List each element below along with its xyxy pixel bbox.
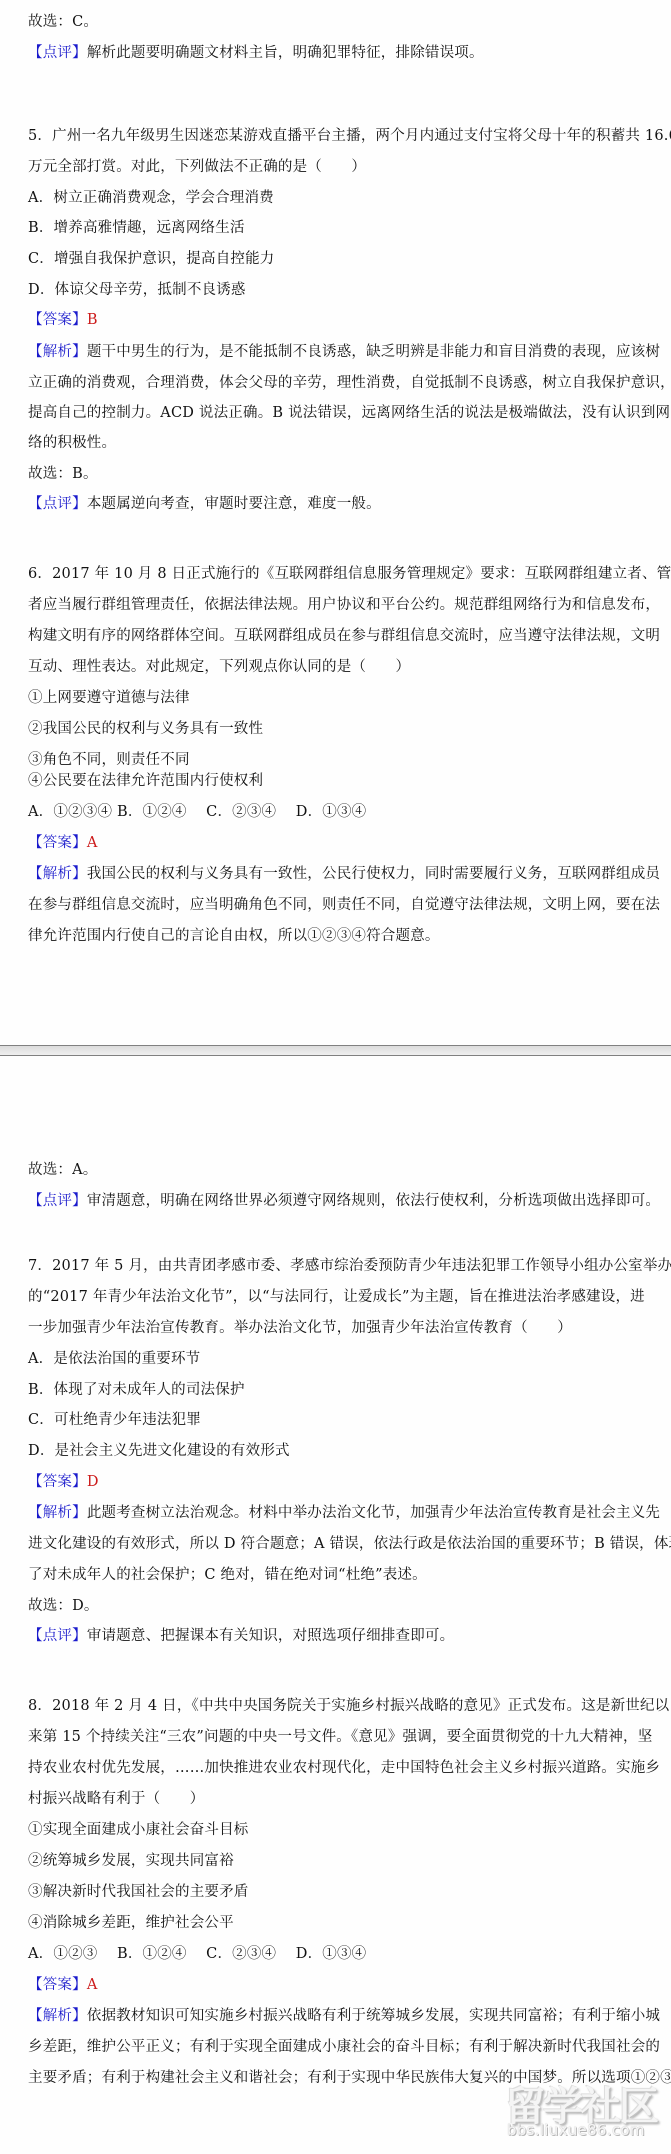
- option-c: C．增强自我保护意识，提高自控能力: [28, 249, 275, 269]
- statement-1: ①实现全面建成小康社会奋斗目标: [28, 1820, 249, 1840]
- question-8-stem-cont: 村振兴战略有利于（ ）: [28, 1789, 204, 1809]
- analysis-cont: 提高自己的控制力。ACD 说法正确。B 说法错误，远离网络生活的说法是极端做法，…: [28, 403, 670, 423]
- statement-2: ②统筹城乡发展，实现共同富裕: [28, 1851, 234, 1871]
- options-line: A．①②③ B．①②④ C．②③④ D．①③④: [28, 1944, 366, 1964]
- options-line: A．①②③④ B．①②④ C．②③④ D．①③④: [28, 802, 366, 822]
- question-7-stem-cont: 的“2017 年青少年法治文化节”，以“与法同行，让爱成长”为主题，旨在推进法治…: [28, 1287, 645, 1307]
- analysis-tag: 【解析】: [28, 344, 87, 360]
- comment-text: 本题属逆向考查，审题时要注意，难度一般。: [87, 496, 381, 512]
- answer-tag: 【答案】: [28, 1977, 87, 1993]
- analysis-tag: 【解析】: [28, 866, 87, 882]
- answer-tag: 【答案】: [28, 835, 87, 851]
- question-7-stem-cont: 一步加强青少年法治宣传教育。举办法治文化节，加强青少年法治宣传教育（ ）: [28, 1318, 572, 1338]
- answer-line: 【答案】D: [28, 1472, 99, 1492]
- question-8-stem: 8．2018 年 2 月 4 日，《中共中央国务院关于实施乡村振兴战略的意见》正…: [28, 1696, 669, 1716]
- statement-2: ②我国公民的权利与义务具有一致性: [28, 719, 263, 739]
- comment-tag: 【点评】: [28, 496, 87, 512]
- statement-3: ③解决新时代我国社会的主要矛盾: [28, 1882, 249, 1902]
- option-c: C．可杜绝青少年违法犯罪: [28, 1410, 201, 1430]
- analysis-line: 【解析】此题考查树立法治观念。材料中举办法治文化节，加强青少年法治宣传教育是社会…: [28, 1503, 660, 1523]
- statement-4: ④公民要在法律允许范围内行使权利: [28, 771, 263, 791]
- document-page-1: 故选：C。 【点评】解析此题要明确题文材料主旨，明确犯罪特征，排除错误项。 5．…: [0, 0, 671, 1045]
- answer-value: A: [87, 835, 98, 851]
- question-8-stem-cont: 来第 15 个持续关注“三农”问题的中央一号文件。《意见》强调，要全面贯彻党的十…: [28, 1727, 652, 1747]
- answer-value: B: [87, 312, 98, 328]
- answer-choice-line: 故选：A。: [28, 1160, 97, 1180]
- comment-text: 审请题意、把握课本有关知识，对照选项仔细排查即可。: [87, 1628, 455, 1644]
- option-a: A．是依法治国的重要环节: [28, 1349, 200, 1369]
- option-b: B．增养高雅情趣，远离网络生活: [28, 218, 245, 238]
- option-d: D．体谅父母辛劳，抵制不良诱惑: [28, 280, 246, 300]
- statement-1: ①上网要遵守道德与法律: [28, 688, 190, 708]
- comment-line: 【点评】审清题意，明确在网络世界必须遵守网络规则，依法行使权利，分析选项做出选择…: [28, 1191, 660, 1211]
- analysis-cont: 在参与群组信息交流时，应当明确角色不同，则责任不同，自觉遵守法律法规，文明上网，…: [28, 895, 660, 915]
- statement-4: ④消除城乡差距，维护社会公平: [28, 1913, 234, 1933]
- analysis-cont: 律允许范围内行使自己的言论自由权，所以①②③④符合题意。: [28, 926, 440, 946]
- comment-line: 【点评】解析此题要明确题文材料主旨，明确犯罪特征，排除错误项。: [28, 43, 484, 63]
- analysis-cont: 了对未成年人的社会保护；C 绝对，错在绝对词“杜绝”表述。: [28, 1565, 427, 1585]
- comment-text: 审清题意，明确在网络世界必须遵守网络规则，依法行使权利，分析选项做出选择即可。: [87, 1193, 660, 1209]
- analysis-line: 【解析】依据教材知识可知实施乡村振兴战略有利于统筹城乡发展，实现共同富裕；有利于…: [28, 2006, 660, 2026]
- comment-line: 【点评】本题属逆向考查，审题时要注意，难度一般。: [28, 494, 381, 514]
- answer-choice-line: 故选：B。: [28, 464, 98, 484]
- comment-line: 【点评】审请题意、把握课本有关知识，对照选项仔细排查即可。: [28, 1626, 454, 1646]
- answer-line: 【答案】B: [28, 310, 98, 330]
- question-8-stem-cont: 持农业农村优先发展，……加快推进农业农村现代化，走中国特色社会主义乡村振兴道路。…: [28, 1758, 660, 1778]
- answer-line: 【答案】A: [28, 1975, 97, 1995]
- analysis-line: 【解析】题干中男生的行为，是不能抵制不良诱惑，缺乏明辨是非能力和盲目消费的表现，…: [28, 342, 660, 362]
- option-a: A．树立正确消费观念，学会合理消费: [28, 188, 274, 208]
- analysis-cont: 乡差距，维护公平正义；有利于实现全面建成小康社会的奋斗目标；有利于解决新时代我国…: [28, 2037, 660, 2057]
- analysis-tag: 【解析】: [28, 1505, 87, 1521]
- comment-tag: 【点评】: [28, 45, 87, 61]
- analysis-text: 依据教材知识可知实施乡村振兴战略有利于统筹城乡发展，实现共同富裕；有利于缩小城: [87, 2008, 660, 2024]
- page-break: [0, 1045, 671, 1056]
- analysis-text: 我国公民的权利与义务具有一致性，公民行使权力，同时需要履行义务，互联网群组成员: [87, 866, 660, 882]
- question-5-stem: 5．广州一名九年级男生因迷恋某游戏直播平台主播，两个月内通过支付宝将父母十年的积…: [28, 126, 671, 146]
- answer-tag: 【答案】: [28, 312, 87, 328]
- answer-line: 【答案】A: [28, 833, 97, 853]
- analysis-tag: 【解析】: [28, 2008, 87, 2024]
- answer-choice-line: 故选：D。: [28, 1596, 99, 1616]
- question-6-stem-cont: 构建文明有序的网络群体空间。互联网群组成员在参与群组信息交流时，应当遵守法律法规…: [28, 626, 660, 646]
- watermark-url: bbs.liuxue86.com: [507, 2121, 645, 2139]
- analysis-text: 此题考查树立法治观念。材料中举办法治文化节，加强青少年法治宣传教育是社会主义先: [87, 1505, 660, 1521]
- document-page-2: 故选：A。 【点评】审清题意，明确在网络世界必须遵守网络规则，依法行使权利，分析…: [0, 1056, 671, 2154]
- statement-3: ③角色不同，则责任不同: [28, 750, 190, 770]
- question-6-stem-cont: 者应当履行群组管理责任，依据法律法规。用户协议和平台公约。规范群组网络行为和信息…: [28, 595, 660, 615]
- answer-tag: 【答案】: [28, 1474, 87, 1490]
- analysis-text: 题干中男生的行为，是不能抵制不良诱惑，缺乏明辨是非能力和盲目消费的表现，应该树: [87, 344, 660, 360]
- answer-value: A: [87, 1977, 98, 1993]
- analysis-cont: 络的积极性。: [28, 433, 116, 453]
- comment-text: 解析此题要明确题文材料主旨，明确犯罪特征，排除错误项。: [87, 45, 484, 61]
- analysis-cont: 立正确的消费观，合理消费，体会父母的辛劳，理性消费，自觉抵制不良诱惑，树立自我保…: [28, 373, 671, 393]
- option-b: B．体现了对未成年人的司法保护: [28, 1380, 245, 1400]
- comment-tag: 【点评】: [28, 1628, 87, 1644]
- analysis-line: 【解析】我国公民的权利与义务具有一致性，公民行使权力，同时需要履行义务，互联网群…: [28, 864, 660, 884]
- question-7-stem: 7．2017 年 5 月，由共青团孝感市委、孝感市综治委预防青少年违法犯罪工作领…: [28, 1256, 671, 1276]
- analysis-cont: 进文化建设的有效形式，所以 D 符合题意；A 错误，依法行政是依法治国的重要环节…: [28, 1534, 671, 1554]
- question-5-stem-cont: 万元全部打赏。对此，下列做法不正确的是（ ）: [28, 157, 366, 177]
- answer-value: D: [87, 1474, 99, 1490]
- site-watermark: 留学社区 bbs.liuxue86.com: [505, 2075, 665, 2145]
- comment-tag: 【点评】: [28, 1193, 87, 1209]
- answer-choice-line: 故选：C。: [28, 12, 98, 32]
- option-d: D．是社会主义先进文化建设的有效形式: [28, 1441, 290, 1461]
- question-6-stem: 6．2017 年 10 月 8 日正式施行的《互联网群组信息服务管理规定》要求：…: [28, 564, 671, 584]
- question-6-stem-cont: 互动、理性表达。对此规定，下列观点你认同的是（ ）: [28, 657, 410, 677]
